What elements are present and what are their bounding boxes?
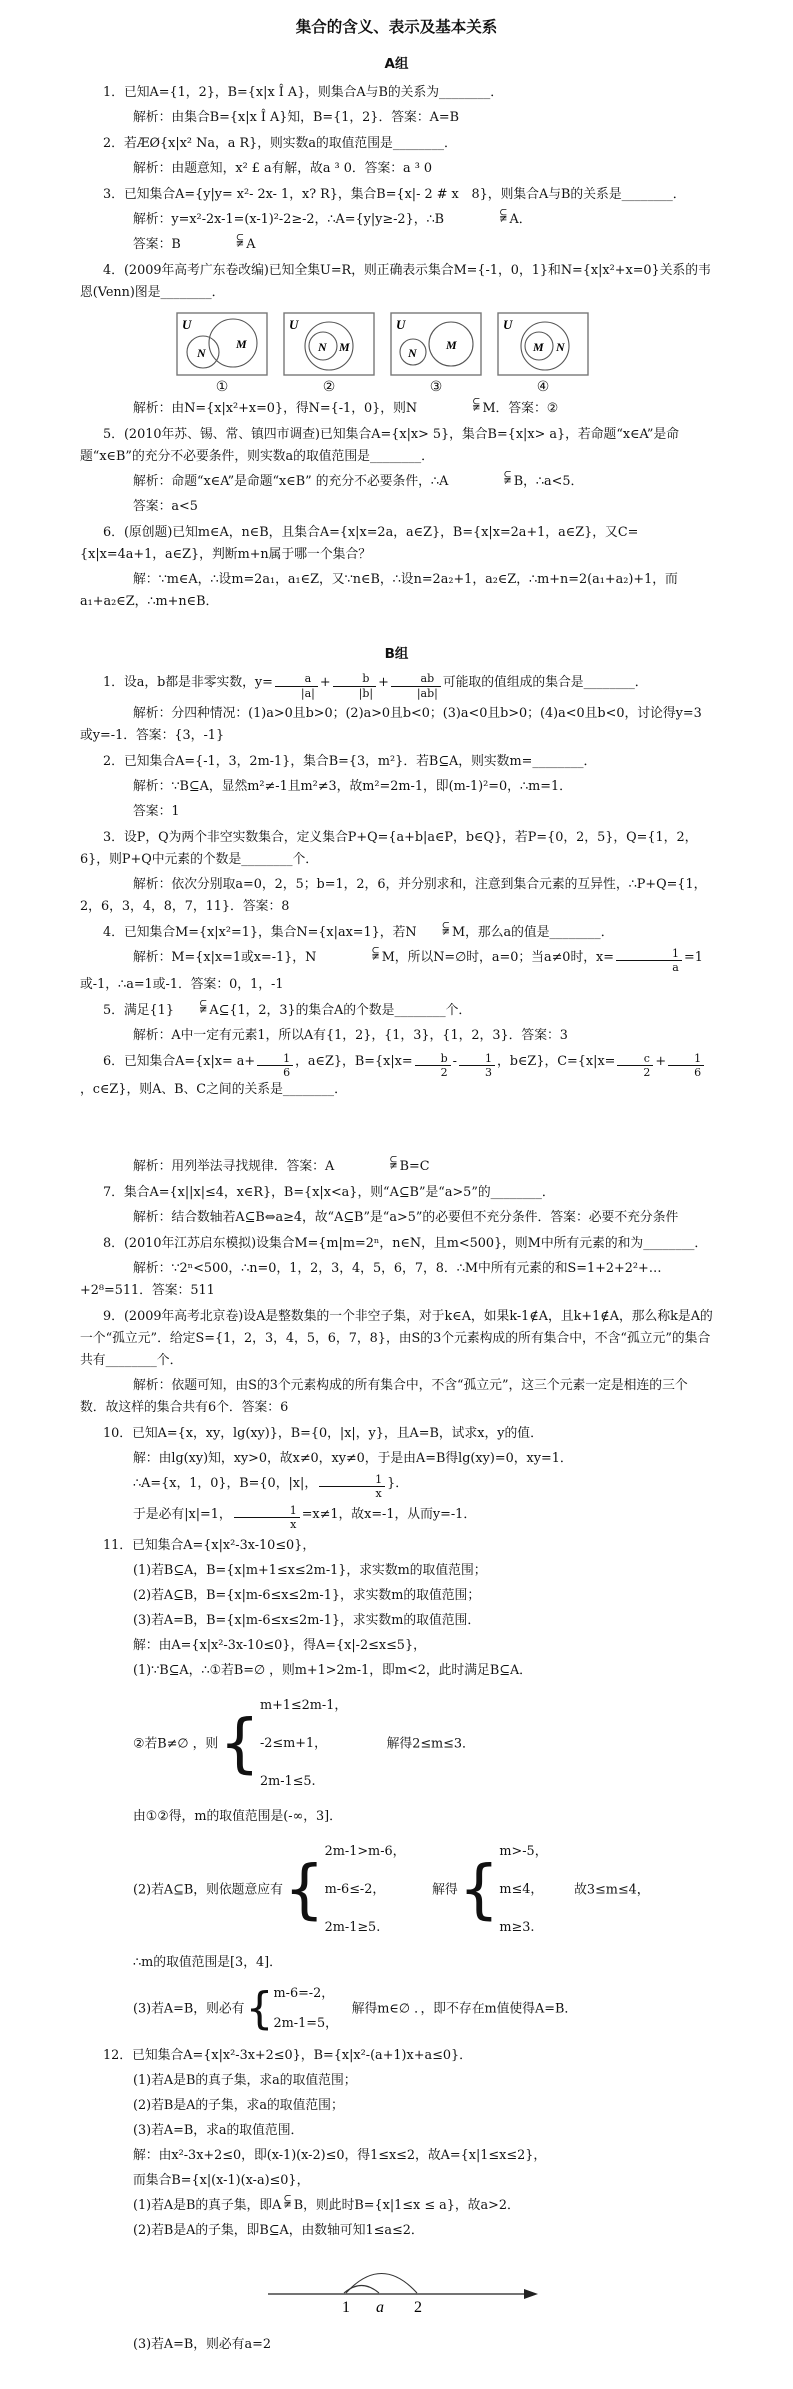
proper-subset-symbol: ⊆≠ [318, 949, 379, 961]
svg-text:U: U [396, 317, 406, 332]
solution-subline: (2)若B是A的子集，求a的取值范围； [133, 2095, 713, 2117]
solution-line: 于是必有|x|=1，1x=x≠1，故x=-1，从而y=-1． [80, 1504, 713, 1532]
fraction: 16 [668, 1052, 704, 1079]
solution-line: 解析：∵B⊆A，显然m²≠-1且m²≠3，故m²=2m-1，即(m-1)²=0，… [80, 776, 713, 798]
proper-subset-symbol: ⊆≠ [419, 400, 480, 412]
venn-option-caption: ① [216, 380, 229, 394]
solution-subline: (3)若A=B，B={x|m-6≤x≤2m-1}，求实数m的取值范围． [133, 1610, 713, 1632]
solution-line: 解析：结合数轴若A⊆B⇔a≥4，故“A⊆B”是“a>5”的必要但不充分条件．答案… [80, 1207, 713, 1229]
venn-option-caption: ② [323, 380, 336, 394]
svg-text:M: M [532, 340, 544, 354]
solution-line: 解析：用列举法寻找规律．答案：A⊆≠B=C [80, 1156, 713, 1178]
fraction: ab|ab| [391, 672, 441, 699]
solution-subline: (2)若A⊆B，B={x|m-6≤x≤2m-1}，求实数m的取值范围； [133, 1585, 713, 1607]
question-line: 11．已知集合A={x|x²-3x-10≤0}， [80, 1535, 713, 1557]
solution-line: ∴A={x，1，0}，B={0，|x|，1x}． [80, 1473, 713, 1501]
solution-line: 解析：依次分别取a=0，2，5；b=1，2，6，并分别求和，注意到集合元素的互异… [80, 874, 713, 918]
venn-svg-2: UNM [283, 312, 375, 376]
left-brace-glyph: { [219, 1712, 260, 1776]
venn-option-3: UNM③ [390, 312, 482, 394]
solution-line: 解析：y=x²-2x-1=(x-1)²-2≥-2，∴A={y|y≥-2}，∴B⊆… [80, 209, 713, 231]
numberline-svg: 1a2 [266, 2252, 546, 2318]
question-line: 2．若ÆØ{x|x² Na，a R}，则实数a的取值范围是________． [80, 133, 713, 155]
proper-subset-symbol: ⊆≠ [283, 2197, 291, 2209]
fraction: 1a [616, 947, 682, 974]
solution-system-line: (2)若A⊆B，则依题意应有{2m-1>m-6，m-6≤-2，2m-1≥5. 解… [133, 1831, 713, 1949]
fraction: b2 [415, 1052, 451, 1079]
venn-svg-4: UMN [497, 312, 589, 376]
svg-text:M: M [338, 340, 350, 354]
solution-line: 解析：A中一定有元素1，所以A有{1，2}，{1，3}，{1，2，3}．答案：3 [80, 1025, 713, 1047]
left-brace-glyph: { [459, 1858, 500, 1922]
fraction: 16 [257, 1052, 293, 1079]
fraction: 1x [234, 1504, 300, 1531]
venn-option-caption: ④ [537, 380, 550, 394]
solution-line: 解析：由题意知，x² £ a有解，故a ³ 0．答案：a ³ 0 [80, 158, 713, 180]
svg-text:U: U [289, 317, 299, 332]
solution-line: 答案：B⊆≠A [80, 234, 713, 256]
svg-text:N: N [196, 346, 207, 360]
proper-subset-symbol: ⊆≠ [183, 236, 244, 248]
solution-line: 解析：由集合B={x|x Î A}知，B={1，2}．答案：A=B [80, 107, 713, 129]
solution-line: 解析：分四种情况：(1)a>0且b>0；(2)a>0且b<0；(3)a<0且b>… [80, 703, 713, 747]
proper-subset-symbol: ⊆≠ [419, 924, 450, 936]
svg-text:M: M [445, 338, 457, 352]
venn-option-2: UNM② [283, 312, 375, 394]
proper-subset-symbol: ⊆≠ [336, 1158, 397, 1170]
question-line: 4．(2009年高考广东卷改编)已知全集U=R，则正确表示集合M={-1，0，1… [80, 260, 713, 304]
svg-text:N: N [555, 340, 566, 354]
fraction: 1x [319, 1473, 385, 1500]
brace-system: {m-6=-2，2m-1=5， [245, 1979, 337, 2039]
brace-system: {2m-1>m-6，m-6≤-2，2m-1≥5. [284, 1833, 406, 1947]
solution-subline: (2)若B是A的子集，即B⊆A，由数轴可知1≤a≤2． [133, 2220, 713, 2242]
venn-option-4: UMN④ [497, 312, 589, 394]
brace-system: {m>-5，m≤4，m≥3. [459, 1833, 548, 1947]
group-heading: B组 [80, 643, 713, 666]
solution-line: 解析：∵2ⁿ<500，∴n=0，1，2，3，4，5，6，7，8．∴M中所有元素的… [80, 1258, 713, 1302]
svg-text:a: a [376, 2299, 384, 2316]
question-line: 10．已知A={x，xy，lg(xy)}，B={0，|x|，y}，且A=B，试求… [80, 1423, 713, 1445]
fraction: c2 [617, 1052, 653, 1079]
solution-subline: (3)若A=B，则必有a=2 [133, 2334, 713, 2356]
fraction: 13 [459, 1052, 495, 1079]
venn-diagram-figure: UNM①UNM②UNM③UMN④ [176, 312, 713, 394]
question-line: 2．已知集合A={-1，3，2m-1}，集合B={3，m²}．若B⊆A，则实数m… [80, 751, 713, 773]
svg-text:N: N [317, 340, 328, 354]
question-line: 4．已知集合M={x|x²=1}，集合N={x|ax=1}，若N⊆≠M，那么a的… [80, 922, 713, 944]
svg-text:1: 1 [342, 2299, 350, 2316]
page-title: 集合的含义、表示及基本关系 [80, 14, 713, 41]
question-line: 12．已知集合A={x|x²-3x+2≤0}，B={x|x²-(a+1)x+a≤… [80, 2045, 713, 2067]
question-line: 1．设a，b都是非零实数，y=a|a|+b|b|+ab|ab|可能取的值组成的集… [80, 672, 713, 700]
question-line: 9．(2009年高考北京卷)设A是整数集的一个非空子集，对于k∈A，如果k-1∉… [80, 1306, 713, 1372]
svg-text:U: U [503, 317, 513, 332]
venn-svg-3: UNM [390, 312, 482, 376]
solution-subline: 由①②得，m的取值范围是(-∞，3]． [133, 1806, 713, 1828]
svg-text:M: M [235, 337, 247, 351]
question-line: 6．已知集合A={x|x= a+16，a∈Z}，B={x|x=b2-13，b∈Z… [80, 1051, 713, 1101]
solution-subline: (1)若A是B的真子集，即A⊆≠B，则此时B={x|1≤x ≤ a}，故a>2． [133, 2195, 713, 2217]
solution-subline: ∴m的取值范围是[3，4]． [133, 1952, 713, 1974]
worksheet-page: 集合的含义、表示及基本关系A组1．已知A={1，2}，B={x|x Î A}，则… [0, 0, 793, 2389]
numberline-figure: 1a2 [266, 2252, 713, 2326]
question-line: 3．设P，Q为两个非空实数集合，定义集合P+Q={a+b|a∈P，b∈Q}，若P… [80, 827, 713, 871]
solution-subline: (1)∵B⊆A，∴①若B=∅ ，则m+1>2m-1，即m<2，此时满足B⊆A． [133, 1660, 713, 1682]
solution-line: 答案：1 [80, 801, 713, 823]
solution-subline: 解：由x²-3x+2≤0，即(x-1)(x-2)≤0，得1≤x≤2，故A={x|… [133, 2145, 713, 2167]
question-line: 5．满足{1}⊆≠A⊆{1，2，3}的集合A的个数是________个． [80, 1000, 713, 1022]
vertical-gap [80, 1104, 713, 1156]
svg-text:2: 2 [414, 2299, 422, 2316]
proper-subset-symbol: ⊆≠ [450, 473, 511, 485]
proper-subset-symbol: ⊆≠ [446, 211, 507, 223]
left-brace-glyph: { [284, 1858, 325, 1922]
solution-system-line: ②若B≠∅ ，则{m+1≤2m-1，-2≤m+1，2m-1≤5. 解得2≤m≤3… [133, 1685, 713, 1803]
question-line: 6．(原创题)已知m∈A，n∈B，且集合A={x|x=2a，a∈Z}，B={x|… [80, 522, 713, 566]
question-line: 8．(2010年江苏启东模拟)设集合M={m|m=2ⁿ，n∈N，且m<500}，… [80, 1233, 713, 1255]
solution-line: 解：由lg(xy)知，xy>0，故x≠0，xy≠0，于是由A=B得lg(xy)=… [80, 1448, 713, 1470]
left-brace-glyph: { [245, 1987, 273, 2031]
question-line: 7．集合A={x||x|≤4，x∈R}，B={x|x<a}，则“A⊆B”是“a>… [80, 1182, 713, 1204]
svg-text:N: N [407, 346, 418, 360]
solution-line: 解析：M={x|x=1或x=-1}，N⊆≠M，所以N=∅时，a=0；当a≠0时，… [80, 947, 713, 997]
solution-system-line: (3)若A=B，则必有{m-6=-2，2m-1=5， 解得m∈∅ ．，即不存在m… [133, 1977, 713, 2041]
venn-svg-1: UNM [176, 312, 268, 376]
solution-subline: 而集合B={x|(x-1)(x-a)≤0}， [133, 2170, 713, 2192]
solution-line: 解：∵m∈A，∴设m=2a₁，a₁∈Z，又∵n∈B，∴设n=2a₂+1，a₂∈Z… [80, 569, 713, 613]
fraction: b|b| [333, 672, 376, 699]
proper-subset-symbol: ⊆≠ [176, 1002, 207, 1014]
solution-line: 答案：a<5 [80, 496, 713, 518]
question-line: 5．(2010年苏、锡、常、镇四市调查)已知集合A={x|x> 5}，集合B={… [80, 424, 713, 468]
solution-line: 解析：依题可知，由S的3个元素构成的所有集合中，不含“孤立元”，这三个元素一定是… [80, 1375, 713, 1419]
solution-subline: (1)若B⊆A，B={x|m+1≤x≤2m-1}，求实数m的取值范围； [133, 1560, 713, 1582]
solution-line: 解析：由N={x|x²+x=0}，得N={-1，0}，则N⊆≠M．答案：② [80, 398, 713, 420]
solution-subline: 解：由A={x|x²-3x-10≤0}，得A={x|-2≤x≤5}， [133, 1635, 713, 1657]
venn-option-caption: ③ [430, 380, 443, 394]
group-heading: A组 [80, 53, 713, 76]
venn-option-1: UNM① [176, 312, 268, 394]
fraction: a|a| [275, 672, 318, 699]
solution-line: 解析：命题“x∈A”是命题“x∈B” 的充分不必要条件，∴A⊆≠B，∴a<5． [80, 471, 713, 493]
svg-text:U: U [182, 317, 192, 332]
solution-subline: (1)若A是B的真子集，求a的取值范围； [133, 2070, 713, 2092]
question-line: 3．已知集合A={y|y= x²- 2x- 1，x? R}，集合B={x|- 2… [80, 184, 713, 206]
solution-subline: (3)若A=B，求a的取值范围． [133, 2120, 713, 2142]
worksheet-content: 集合的含义、表示及基本关系A组1．已知A={1，2}，B={x|x Î A}，则… [80, 14, 713, 2356]
brace-system: {m+1≤2m-1，-2≤m+1，2m-1≤5. [219, 1687, 347, 1801]
question-line: 1．已知A={1，2}，B={x|x Î A}，则集合A与B的关系为______… [80, 82, 713, 104]
